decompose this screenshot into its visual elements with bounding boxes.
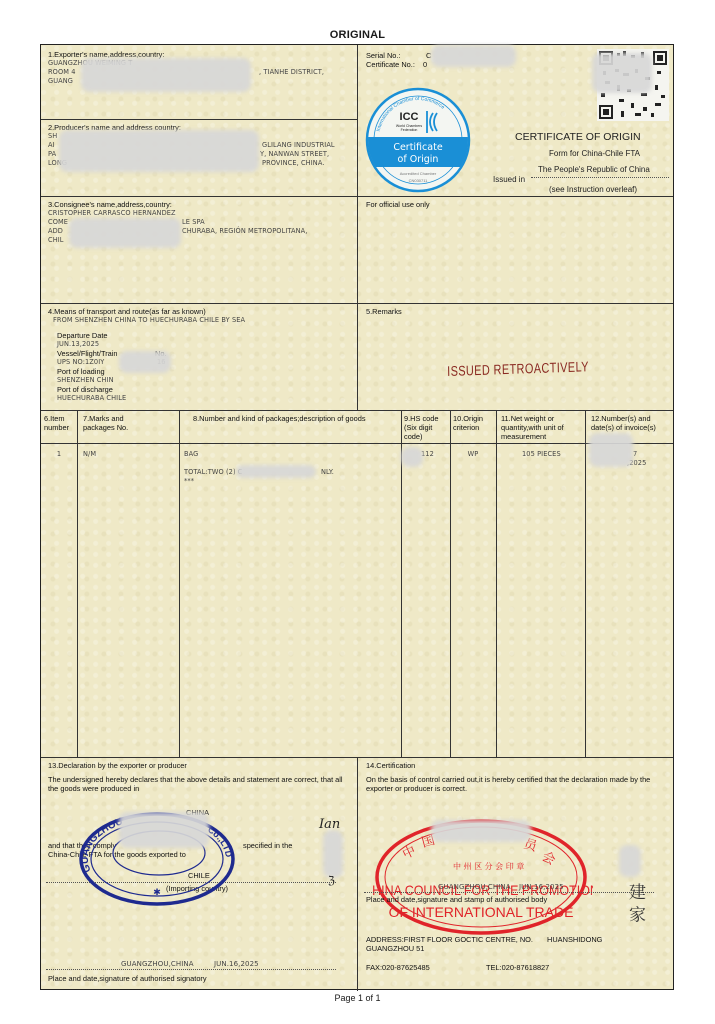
transport-details: Departure Date JUN.13,2025 Vessel/Flight… xyxy=(48,331,353,403)
svg-text:Accredited Chamber: Accredited Chamber xyxy=(400,171,437,176)
departure-date-value: JUN.13,2025 xyxy=(57,340,353,349)
col-header-invoice: 12.Number(s) and date(s) of invoice(s) xyxy=(591,414,666,432)
redacted-area xyxy=(59,130,259,172)
form-for-text: Form for China-Chile FTA xyxy=(549,149,640,158)
producer-line-start: AI xyxy=(48,141,55,149)
ccpit-address: ADDRESS:FIRST FLOOR GOCTIC CENTRE, NO.HU… xyxy=(366,935,602,944)
svg-text:CN030711: CN030711 xyxy=(409,178,429,183)
consignee-line-start: ADD xyxy=(48,227,63,235)
description-value: BAG xyxy=(184,450,198,459)
svg-text:中 州 区 分 会 印 章: 中 州 区 分 会 印 章 xyxy=(453,861,524,871)
vessel-value: UPS NO:1Z0IY 16 xyxy=(57,358,353,367)
col-header-quantity: 11.Net weight or quantity,with unit of m… xyxy=(501,414,583,441)
svg-text:Federation: Federation xyxy=(401,128,418,132)
divider xyxy=(496,410,497,757)
certificate-title: CERTIFICATE OF ORIGIN xyxy=(515,131,641,143)
divider xyxy=(41,303,673,304)
transport-label: 4.Means of transport and route(as far as… xyxy=(48,307,353,316)
issued-in-label: Issued in xyxy=(493,175,525,184)
declaration-signature-line xyxy=(46,969,336,970)
departure-date-label: Departure Date xyxy=(57,331,353,340)
declaration-signatory-label: Place and date,signature of authorised s… xyxy=(48,974,207,983)
col-header-marks: 7.Marks and packages No. xyxy=(83,414,153,432)
vessel-label: Vessel/Flight/Train No. xyxy=(57,349,353,358)
origin-criterion-value: WP xyxy=(450,450,496,459)
ccpit-address-line2: GUANGZHOU 51 xyxy=(366,944,424,953)
svg-text:Co.,LTD: Co.,LTD xyxy=(206,824,234,858)
producer-line-start: PA xyxy=(48,150,56,158)
certification-label: 14.Certification xyxy=(366,761,666,770)
exporter-signature-mark: ℨ xyxy=(328,874,335,887)
svg-text:GUANGZHOU: GUANGZHOU xyxy=(80,816,125,874)
col-header-item: 6.Item number xyxy=(44,414,76,432)
certification-date: JUN.16,2025 xyxy=(519,883,564,892)
remarks-label: 5.Remarks xyxy=(366,307,402,316)
consignee-line-start: COME xyxy=(48,218,68,226)
divider xyxy=(450,410,451,757)
vessel-label-start: Vessel/Flight/Train xyxy=(57,349,118,358)
producer-line-end: Y, NANWAN STREET, xyxy=(260,150,329,159)
declaration-text: The undersigned hereby declares that the… xyxy=(48,775,348,793)
consignee-line-end: CHURABA, REGIÓN METROPOLITANA, xyxy=(182,227,307,236)
svg-text:ICC: ICC xyxy=(400,111,419,123)
divider xyxy=(41,196,673,197)
loading-port-value: SHENZHEN CHIN xyxy=(57,376,353,385)
divider xyxy=(179,410,180,757)
certificate-number-label: Certificate No.: xyxy=(366,60,415,69)
svg-text:中: 中 xyxy=(400,843,419,863)
page-number: Page 1 of 1 xyxy=(0,993,715,1003)
col-header-hs-code: 9.HS code (Six digit code) xyxy=(404,414,448,441)
redacted-area xyxy=(589,433,633,467)
certification-box: 14.Certification On the basis of control… xyxy=(366,761,666,793)
exporter-line-start: ROOM 4 xyxy=(48,68,76,76)
redacted-area xyxy=(401,447,423,467)
exporter-line-end: , TIANHE DISTRICT, xyxy=(259,68,324,77)
ccpit-address-end: HUANSHIDONG xyxy=(547,935,602,944)
ccpit-fax: FAX:020-87625485 xyxy=(366,963,430,972)
declaration-date: JUN.16,2025 xyxy=(214,960,259,969)
item-number: 1 xyxy=(41,450,77,459)
certification-text: On the basis of control carried out,it i… xyxy=(366,775,666,793)
instruction-text: (see Instruction overleaf) xyxy=(549,185,637,194)
redacted-area xyxy=(431,45,516,67)
col-header-origin: 10.Origin criterion xyxy=(453,414,495,432)
route-value: FROM SHENZHEN CHINA TO HUECHURABA CHILE … xyxy=(48,316,353,325)
divider xyxy=(41,443,673,444)
consignee-label: 3.Consignee's name,address,country: xyxy=(48,200,353,209)
declaration-label: 13.Declaration by the exporter or produc… xyxy=(48,761,348,770)
redacted-area xyxy=(619,845,641,877)
consignee-line-end: LE SPA xyxy=(182,218,205,227)
document-title: ORIGINAL xyxy=(0,29,715,41)
discharge-port-label: Port of discharge xyxy=(57,385,353,394)
divider xyxy=(41,410,673,411)
divider xyxy=(357,45,358,410)
icc-certificate-badge: ICC World Chambers Federation Certificat… xyxy=(365,87,471,193)
divider xyxy=(77,410,78,757)
divider xyxy=(585,410,586,757)
redacted-area xyxy=(69,218,181,248)
certification-place: GUANGZHOU,CHINA xyxy=(438,883,511,892)
redacted-area xyxy=(592,53,652,93)
declaration-specified: specified in the xyxy=(243,841,292,850)
quantity-value: 105 PIECES xyxy=(522,450,561,459)
ccpit-address-start: ADDRESS:FIRST FLOOR GOCTIC CENTRE, NO. xyxy=(366,935,533,944)
redacted-area xyxy=(236,465,316,478)
issued-retroactively-stamp: ISSUED RETROACTIVELY xyxy=(447,358,589,379)
issued-in-line xyxy=(531,177,669,178)
redacted-area xyxy=(431,820,531,842)
country-text: The People's Republic of China xyxy=(538,165,650,174)
ccpit-tel: TEL:020-87618827 xyxy=(486,963,549,972)
svg-text:✱: ✱ xyxy=(153,887,161,897)
producer-line-end: GLILANG INDUSTRIAL xyxy=(262,141,335,150)
redacted-area xyxy=(119,351,171,373)
invoice-number-value: 7 xyxy=(633,450,637,459)
serial-number-label: Serial No.: xyxy=(366,51,401,60)
consignee-line: CRISTOPHER CARRASCO HERNANDEZ xyxy=(48,209,353,218)
official-use-label: For official use only xyxy=(366,200,430,209)
redacted-area xyxy=(119,812,209,848)
redacted-area xyxy=(323,830,343,878)
certification-signature-line xyxy=(364,892,654,893)
marks-value: N/M xyxy=(83,450,96,459)
description-total-suffix: NLY. xyxy=(321,468,334,477)
redacted-area xyxy=(81,58,251,92)
transport-box: 4.Means of transport and route(as far as… xyxy=(48,307,353,403)
description-end: *** xyxy=(184,477,194,486)
svg-text:OF INTERNATIONAL TRADE: OF INTERNATIONAL TRADE xyxy=(389,904,574,920)
producer-line-end: PROVINCE, CHINA. xyxy=(262,159,325,168)
vessel-value-start: UPS NO:1Z0IY xyxy=(57,358,104,366)
svg-text:of Origin: of Origin xyxy=(398,154,439,165)
certification-authorised-label: Place and date,signature and stamp of au… xyxy=(366,895,547,904)
col-header-description: 8.Number and kind of packages;descriptio… xyxy=(193,414,398,423)
certifier-signature: 建 家 xyxy=(624,883,646,922)
declaration-place: GUANGZHOU,CHINA xyxy=(121,960,194,969)
svg-text:会: 会 xyxy=(539,849,558,868)
svg-text:Certificate: Certificate xyxy=(393,142,443,153)
description-total: TOTAL:TWO (2) C xyxy=(184,468,243,477)
divider xyxy=(41,119,357,120)
declaration-box: 13.Declaration by the exporter or produc… xyxy=(48,761,348,793)
certificate-number-value: 0 xyxy=(423,60,427,69)
divider xyxy=(357,757,358,991)
discharge-port-value: HUECHURABA CHILE xyxy=(57,394,353,403)
loading-port-label: Port of loading xyxy=(57,367,353,376)
certificate-sheet: 1.Exporter's name,address,country: GUANG… xyxy=(40,44,674,990)
